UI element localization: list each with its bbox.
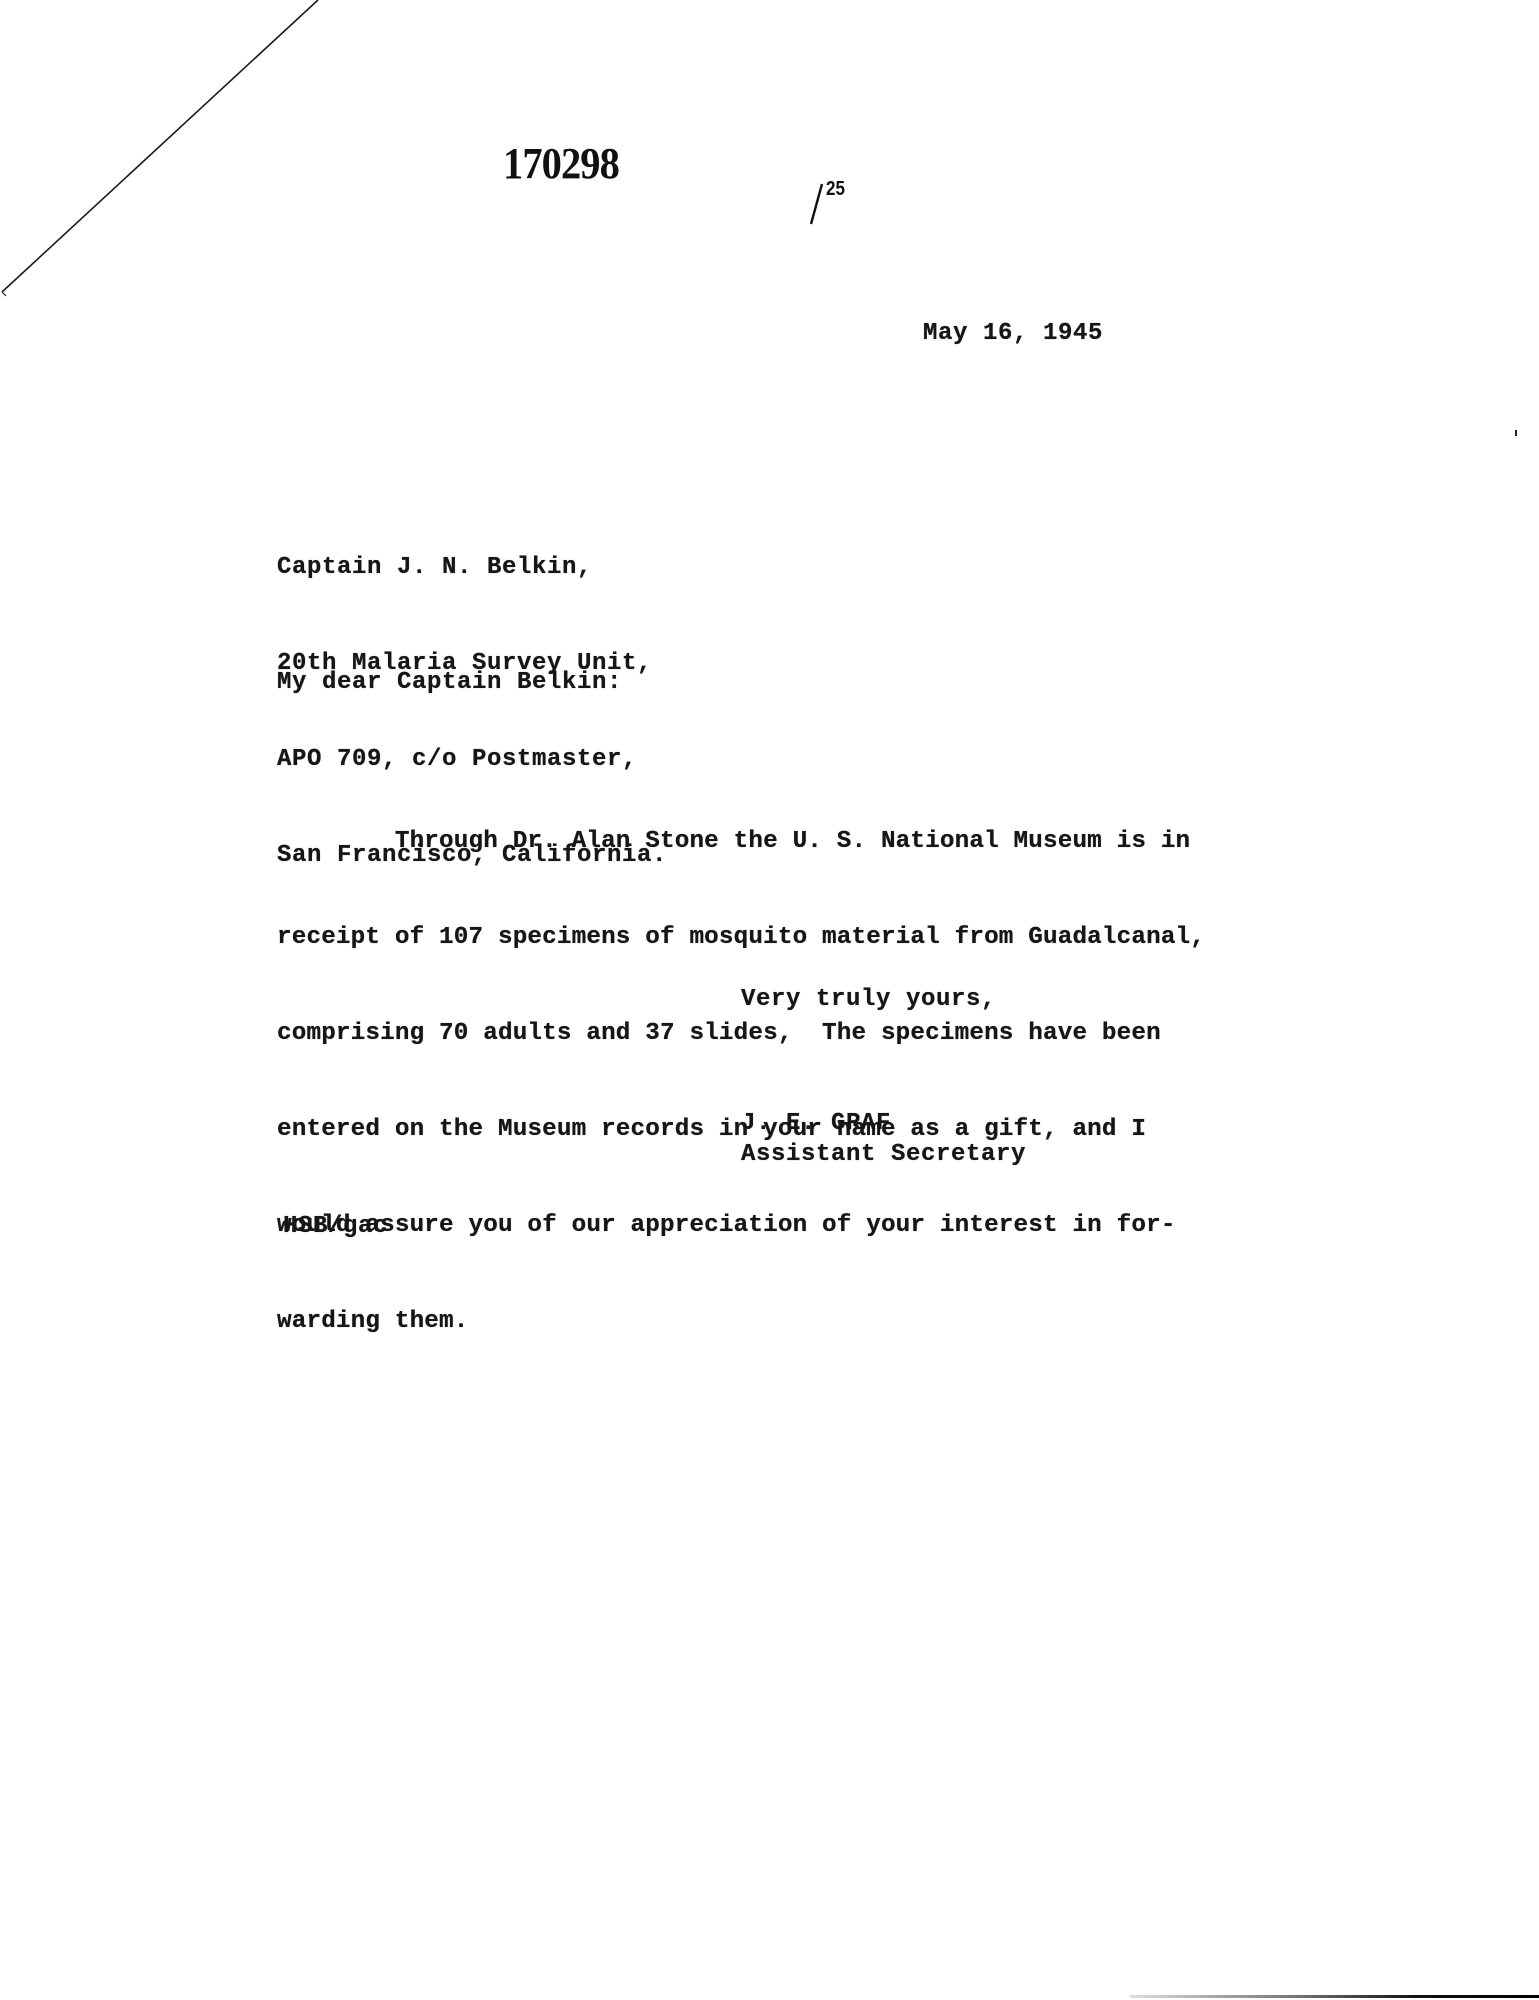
body-line: comprising 70 adults and 37 slides, The … xyxy=(277,1018,1205,1050)
folio-number: 25 xyxy=(826,178,845,201)
body-line: warding them. xyxy=(277,1306,1205,1338)
signer-title: Assistant Secretary xyxy=(741,1141,1026,1168)
address-line: Captain J. N. Belkin, xyxy=(277,552,667,584)
scan-speck xyxy=(1515,430,1517,436)
signer-name: J. E. GRAF xyxy=(741,1110,891,1137)
letter-body: Through Dr. Alan Stone the U. S. Nationa… xyxy=(277,762,1205,1402)
reference-initials: HSB/gac xyxy=(283,1213,388,1240)
scan-edge-artifact xyxy=(1130,1995,1539,1998)
letter-page: 170298 25 May 16, 1945 Captain J. N. Bel… xyxy=(0,0,1539,2000)
diagonal-pencil-line xyxy=(0,0,330,300)
body-line: Through Dr. Alan Stone the U. S. Nationa… xyxy=(277,826,1205,858)
complimentary-close: Very truly yours, xyxy=(741,986,996,1013)
accession-number-stamp: 170298 xyxy=(503,138,619,189)
salutation: My dear Captain Belkin: xyxy=(277,669,622,696)
body-line: receipt of 107 specimens of mosquito mat… xyxy=(277,922,1205,954)
letter-date: May 16, 1945 xyxy=(923,320,1103,347)
body-line: would assure you of our appreciation of … xyxy=(277,1210,1205,1242)
